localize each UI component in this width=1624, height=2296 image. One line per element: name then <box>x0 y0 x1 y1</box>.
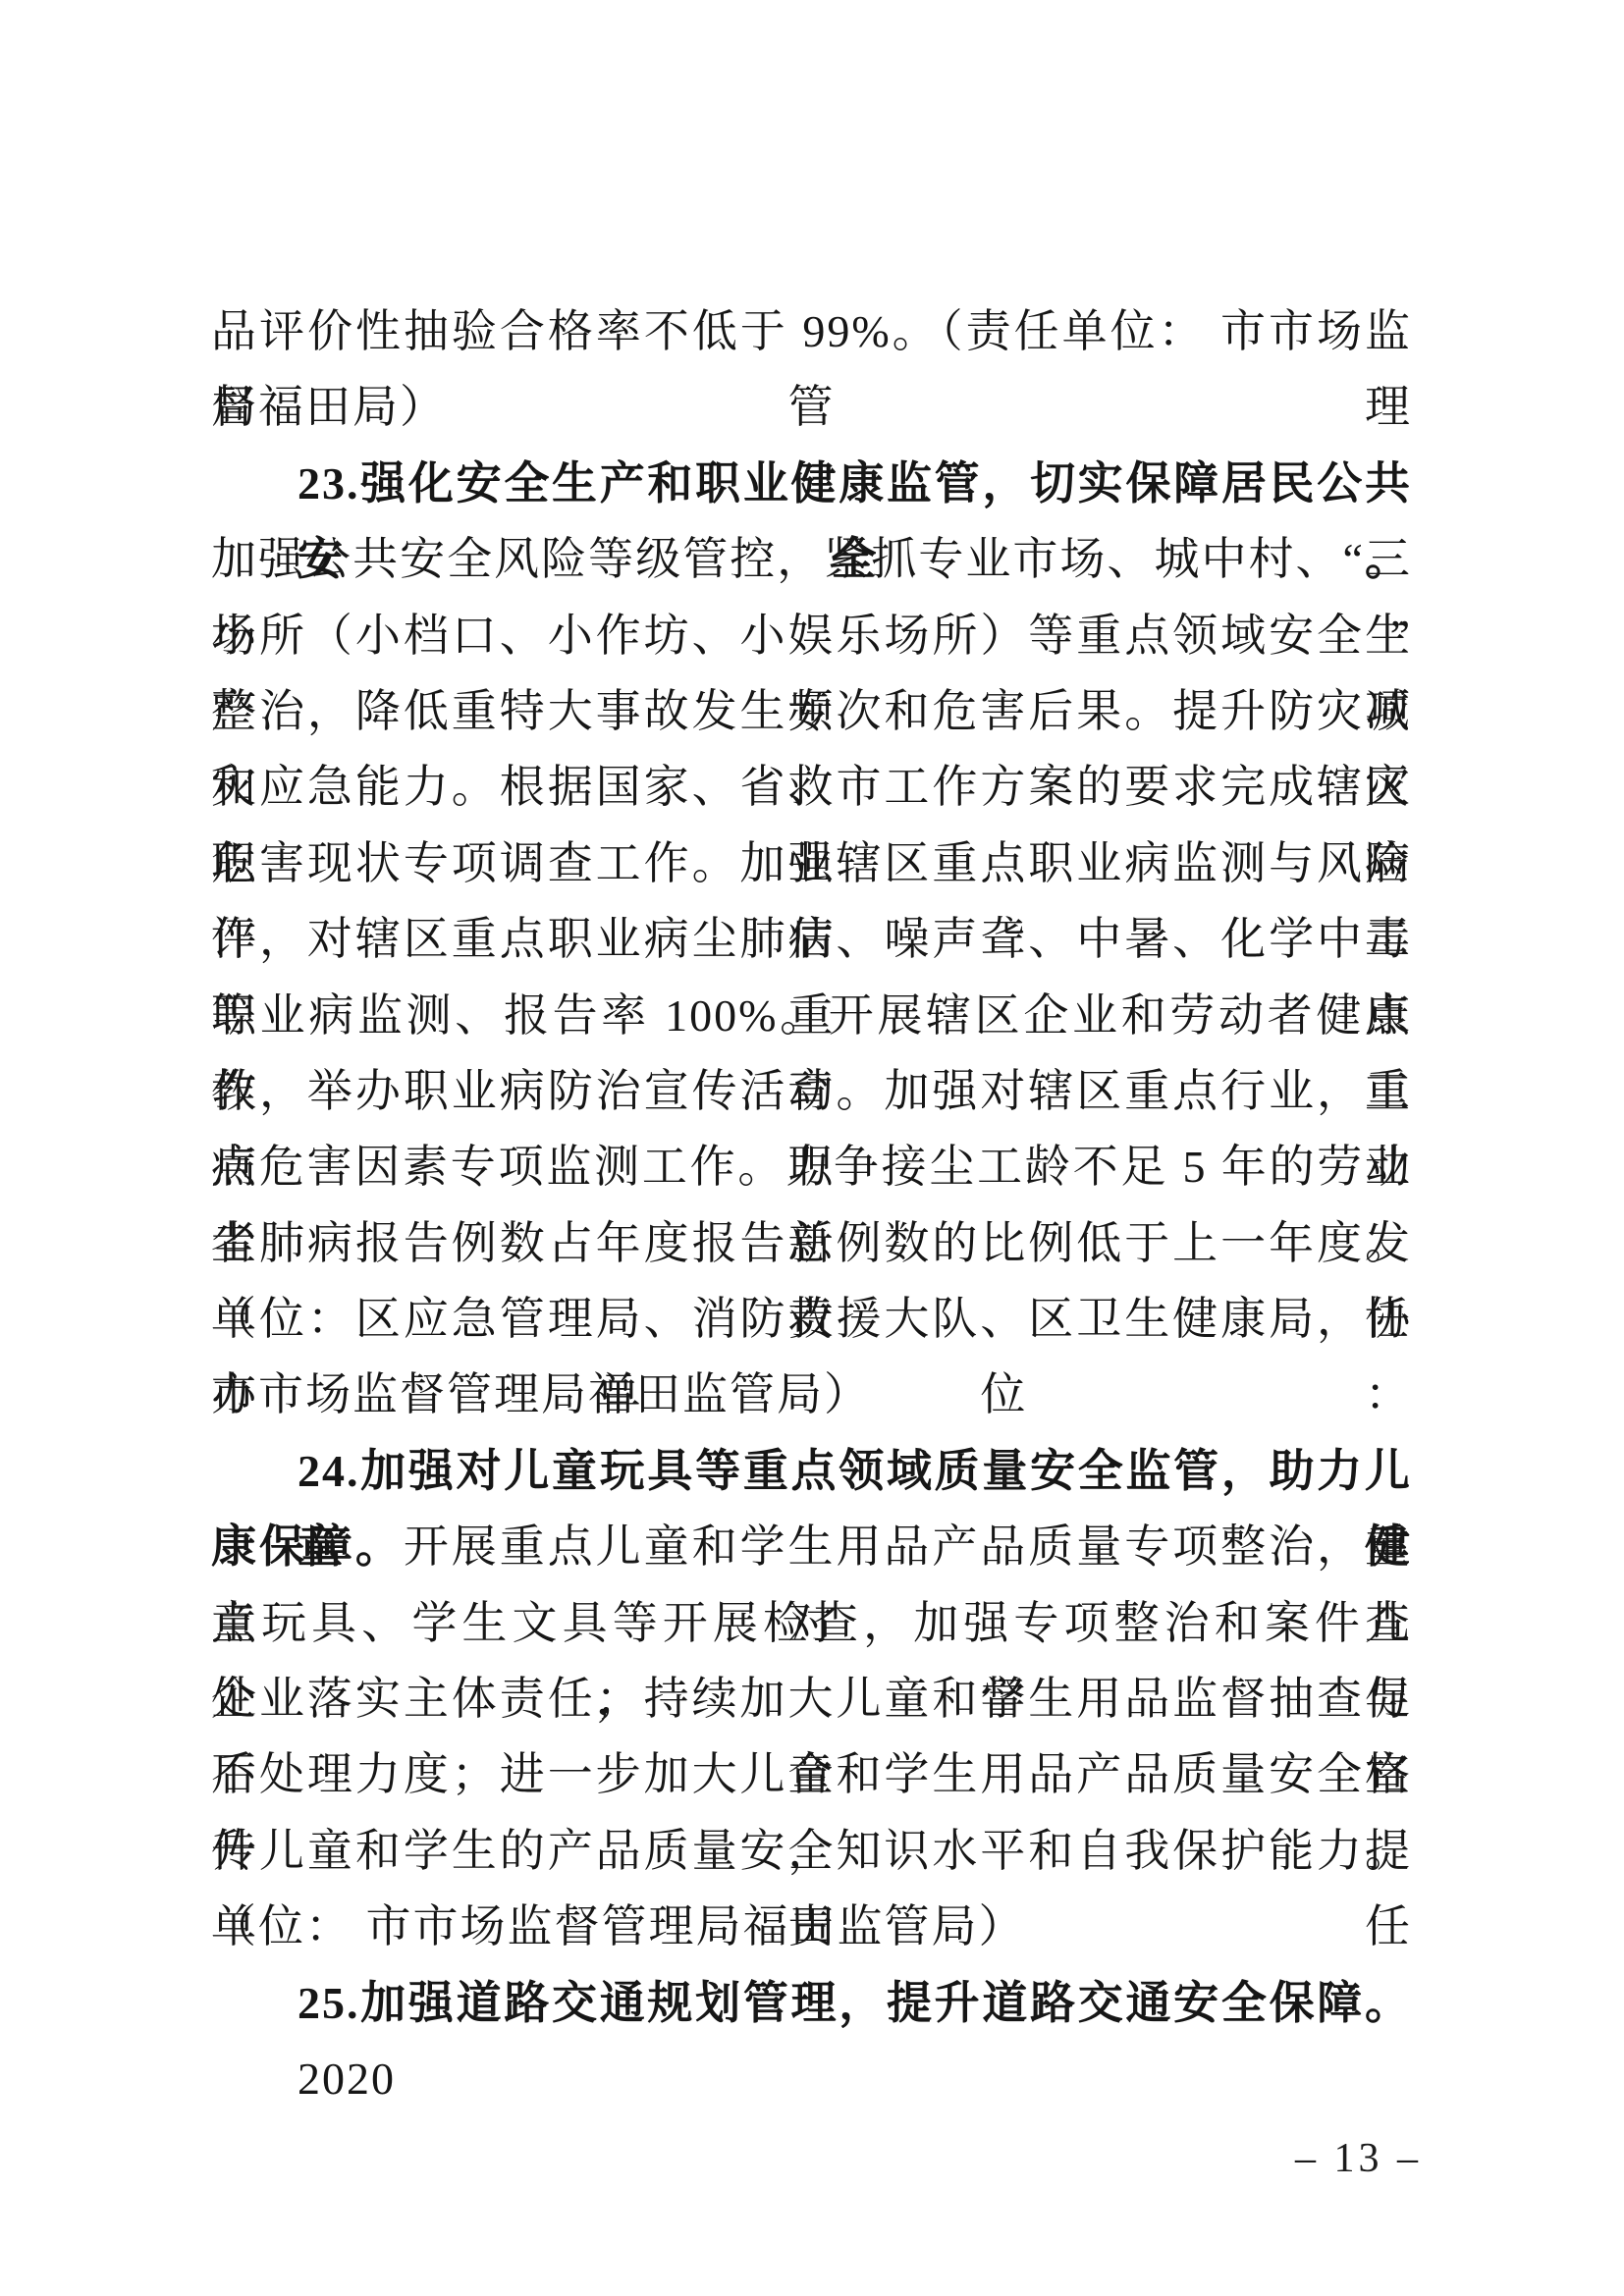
text-line: 危害现状专项调查工作。加强辖区重点职业病监测与风险评估工 <box>211 826 1412 901</box>
text-line: 24.加强对儿童玩具等重点领域质量安全监管，助力儿童健 <box>211 1433 1412 1509</box>
text-line: 升儿童和学生的产品质量安全知识水平和自我保护能力。（责任 <box>211 1813 1412 1889</box>
text-line: 企业落实主体责任；持续加大儿童和学生用品监督抽查与不合格 <box>211 1661 1412 1736</box>
text-line: 职业病监测、报告率 100%。开展辖区企业和劳动者健康教育工 <box>211 978 1412 1053</box>
text-segment: 局福田局） <box>211 382 447 432</box>
text-line: 25.加强道路交通规划管理，提升道路交通安全保障。2020 <box>211 1965 1412 2041</box>
text-line: 尘肺病报告例数占年度报告总例数的比例低于上一年度。（责任 <box>211 1205 1412 1281</box>
text-line: 23.强化安全生产和职业健康监管，切实保障居民公共安全。 <box>211 446 1412 521</box>
text-line: 整治，降低重特大事故发生频次和危害后果。提升防灾减灾救灾 <box>211 673 1412 749</box>
text-line: 加强公共安全风险等级管控，紧抓专业市场、城中村、“三小” <box>211 521 1412 597</box>
document-page: 品评价性抽验合格率不低于 99%。（责任单位： 市市场监督管理局福田局）23.强… <box>0 0 1624 2296</box>
text-line: 和应急能力。根据国家、省、市工作方案的要求完成辖区职业病 <box>211 749 1412 825</box>
bold-text-segment: 25.加强道路交通规划管理，提升道路交通安全保障。 <box>298 1978 1412 2028</box>
text-line: 作，对辖区重点职业病尘肺病、噪声聋、中暑、化学中毒等重点 <box>211 901 1412 977</box>
page-number: – 13 – <box>1284 2136 1422 2181</box>
text-segment: 单位： 市市场监督管理局福田监管局） <box>211 1901 1026 1951</box>
text-line: 场所（小档口、小作坊、小娱乐场所）等重点领域安全生产专项 <box>211 598 1412 673</box>
document-body: 品评价性抽验合格率不低于 99%。（责任单位： 市市场监督管理局福田局）23.强… <box>211 294 1412 2041</box>
text-segment: 2020 <box>298 2054 396 2104</box>
text-line: 童玩具、学生文具等开展检查，加强专项整治和案件查处，督促 <box>211 1585 1412 1661</box>
text-line: 单位：区应急管理局、消防救援大队、区卫生健康局，协办单位： <box>211 1281 1412 1357</box>
text-line: 作，举办职业病防治宣传活动。加强对辖区重点行业，重点职业 <box>211 1053 1412 1129</box>
text-line: 病危害因素专项监测工作。力争接尘工龄不足 5 年的劳动者新发 <box>211 1129 1412 1204</box>
text-line: 品评价性抽验合格率不低于 99%。（责任单位： 市市场监督管理 <box>211 294 1412 369</box>
text-line: 康保障。开展重点儿童和学生用品产品质量专项整治，重点对儿 <box>211 1509 1412 1584</box>
bold-text-segment: 康保障。 <box>211 1522 404 1572</box>
text-segment: 市市场监督管理局福田监管局） <box>211 1369 871 1419</box>
text-line: 后处理力度；进一步加大儿童和学生用品产品质量安全宣传，提 <box>211 1736 1412 1812</box>
